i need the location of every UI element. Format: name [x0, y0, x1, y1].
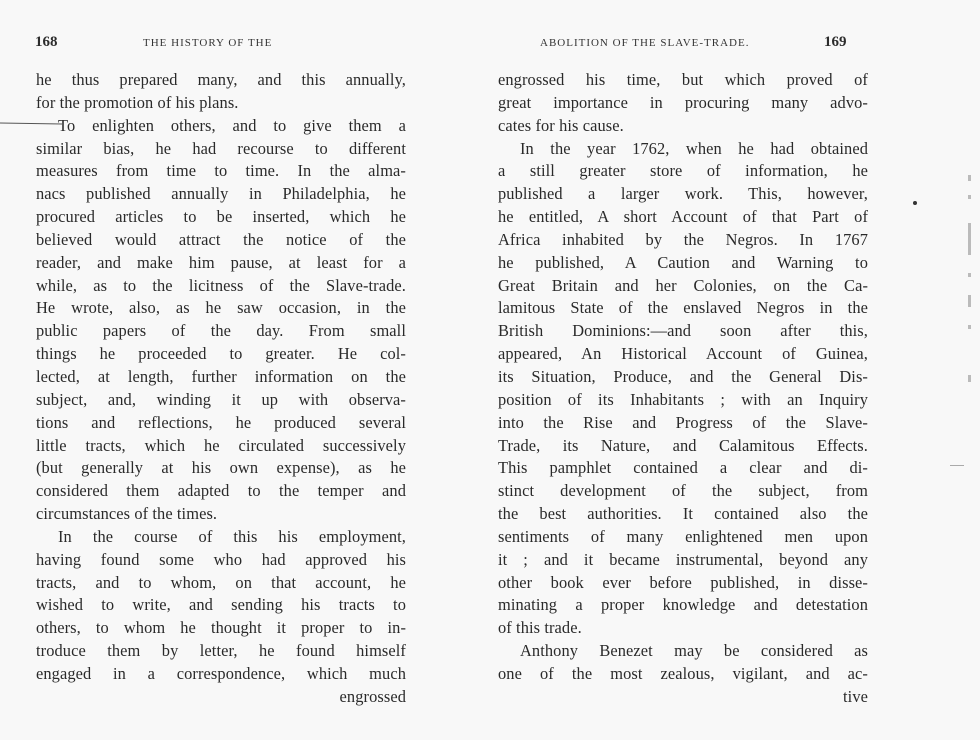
- text-line: its Situation, Produce, and the General …: [498, 366, 868, 389]
- text-line: circumstances of the times.: [36, 503, 406, 526]
- text-line: little tracts, which he circulated succe…: [36, 435, 406, 458]
- page-number: 169: [824, 34, 847, 51]
- text-line: public papers of the day. From small: [36, 320, 406, 343]
- left-page: 168 THE HISTORY OF THE he thus prepared …: [0, 0, 490, 740]
- text-line: British Dominions:—and soon after this,: [498, 320, 868, 343]
- text-line: he entitled, A short Account of that Par…: [498, 206, 868, 229]
- text-line: for the promotion of his plans.: [36, 92, 406, 115]
- text-line: reader, and make him pause, at least for…: [36, 252, 406, 275]
- text-line: This pamphlet contained a clear and di-: [498, 457, 868, 480]
- text-line: while, as to the licitness of the Slave-…: [36, 275, 406, 298]
- text-line: appeared, An Historical Account of Guine…: [498, 343, 868, 366]
- text-line: it ; and it became instrumental, beyond …: [498, 549, 868, 572]
- text-line: published a larger work. This, however,: [498, 183, 868, 206]
- text-line: (but generally at his own expense), as h…: [36, 457, 406, 480]
- text-line: one of the most zealous, vigilant, and a…: [498, 663, 868, 686]
- text-line: lected, at length, further information o…: [36, 366, 406, 389]
- text-line: cates for his cause.: [498, 115, 868, 138]
- text-line: To enlighten others, and to give them a: [36, 115, 406, 138]
- running-head: THE HISTORY OF THE: [143, 37, 272, 53]
- text-line: lamitous State of the enslaved Negros in…: [498, 297, 868, 320]
- text-line: sentiments of many enlightened men upon: [498, 526, 868, 549]
- text-line: believed would attract the notice of the: [36, 229, 406, 252]
- catchword: tive: [498, 686, 868, 709]
- page-edge-specks: [966, 165, 974, 395]
- right-page: ABOLITION OF THE SLAVE-TRADE. 169 engros…: [490, 0, 980, 740]
- text-line: Anthony Benezet may be considered as: [498, 640, 868, 663]
- text-line: tracts, and to whom, on that account, he: [36, 572, 406, 595]
- text-line: engrossed his time, but which proved of: [498, 69, 868, 92]
- text-line: He wrote, also, as he saw occasion, in t…: [36, 297, 406, 320]
- text-line: considered them adapted to the temper an…: [36, 480, 406, 503]
- text-line: wished to write, and sending his tracts …: [36, 594, 406, 617]
- text-line: he thus prepared many, and this annually…: [36, 69, 406, 92]
- text-line: others, to whom he thought it proper to …: [36, 617, 406, 640]
- margin-mark: [950, 465, 964, 466]
- text-line: measures from time to time. In the alma-: [36, 160, 406, 183]
- ink-speck: [913, 201, 917, 205]
- catchword: engrossed: [36, 686, 406, 709]
- text-line: tions and reflections, he produced sever…: [36, 412, 406, 435]
- page-number: 168: [35, 34, 58, 51]
- text-line: the best authorities. It contained also …: [498, 503, 868, 526]
- text-line: stinct development of the subject, from: [498, 480, 868, 503]
- text-line: great importance in procuring many advo-: [498, 92, 868, 115]
- text-line: Trade, its Nature, and Calamitous Effect…: [498, 435, 868, 458]
- body-text: he thus prepared many, and this annually…: [36, 69, 406, 709]
- text-line: of this trade.: [498, 617, 868, 640]
- text-line: In the course of this his employment,: [36, 526, 406, 549]
- text-line: having found some who had approved his: [36, 549, 406, 572]
- text-line: other book ever before published, in dis…: [498, 572, 868, 595]
- text-line: minating a proper knowledge and detestat…: [498, 594, 868, 617]
- text-line: things he proceeded to greater. He col-: [36, 343, 406, 366]
- text-line: into the Rise and Progress of the Slave-: [498, 412, 868, 435]
- text-line: subject, and, winding it up with observa…: [36, 389, 406, 412]
- text-line: nacs published annually in Philadelphia,…: [36, 183, 406, 206]
- text-line: he published, A Caution and Warning to: [498, 252, 868, 275]
- body-text: engrossed his time, but which proved ofg…: [498, 69, 868, 709]
- text-line: In the year 1762, when he had obtained: [498, 138, 868, 161]
- text-line: similar bias, he had recourse to differe…: [36, 138, 406, 161]
- text-line: Africa inhabited by the Negros. In 1767: [498, 229, 868, 252]
- running-head: ABOLITION OF THE SLAVE-TRADE.: [540, 37, 749, 53]
- text-line: procured articles to be inserted, which …: [36, 206, 406, 229]
- text-line: troduce them by letter, he found himself: [36, 640, 406, 663]
- text-line: a still greater store of information, he: [498, 160, 868, 183]
- text-line: engaged in a correspondence, which much: [36, 663, 406, 686]
- text-line: Great Britain and her Colonies, on the C…: [498, 275, 868, 298]
- text-line: position of its Inhabitants ; with an In…: [498, 389, 868, 412]
